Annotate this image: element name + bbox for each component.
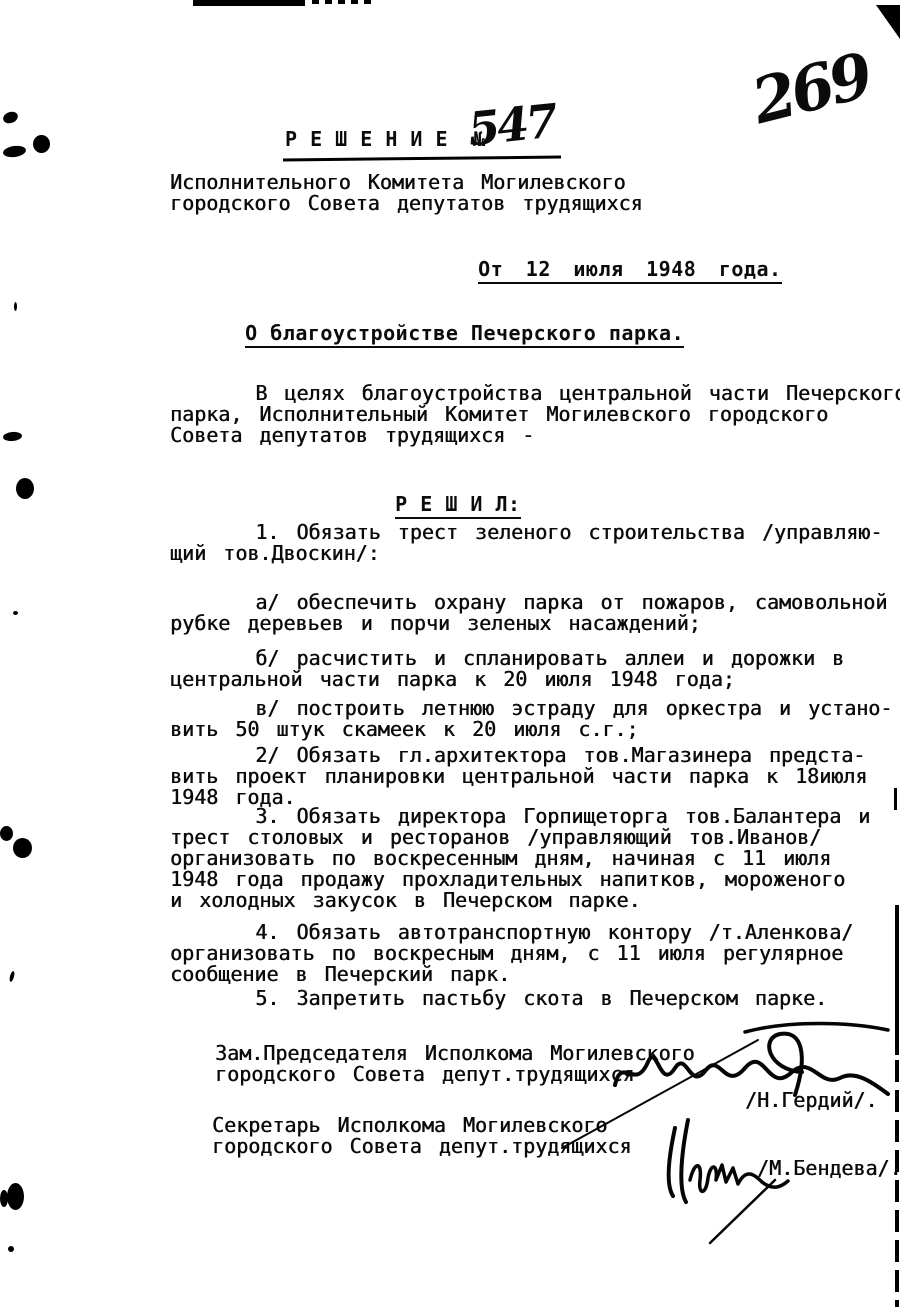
issuer-line-1: Исполнительного Комитета Могилевского	[170, 172, 626, 193]
ink-blot	[33, 135, 50, 153]
ink-blot	[13, 838, 32, 858]
signature-scribbles	[540, 1000, 900, 1250]
resolved-heading-text: Р Е Ш И Л:	[395, 493, 520, 519]
title-underline	[283, 156, 561, 162]
item-3: 3. Обязать директора Горпищеторга тов.Ба…	[170, 806, 870, 911]
signature-2-descender	[710, 1180, 775, 1243]
scan-streak-top-dashes	[312, 0, 376, 4]
archival-number-handwritten: 269	[745, 39, 877, 138]
ink-blot	[7, 1183, 24, 1210]
scan-edge-line	[895, 905, 899, 1055]
date-text: От 12 июля 1948 года.	[478, 258, 781, 284]
ink-blot	[2, 144, 26, 158]
date-line: От 12 июля 1948 года.	[388, 236, 782, 306]
item-1v: в/ построить летнюю эстраду для оркестра…	[170, 698, 892, 740]
ink-blot	[3, 431, 23, 442]
signature-2-tall-strokes	[669, 1120, 688, 1202]
ink-speck	[9, 971, 16, 983]
item-1a: а/ обеспечить охрану парка от пожаров, с…	[170, 592, 887, 634]
subject-text: О благоустройстве Печерского парка.	[245, 322, 684, 348]
item-4: 4. Обязать автотранспортную контору /т.А…	[170, 922, 853, 985]
scan-edge-line	[894, 788, 897, 816]
signature-2-wiggle	[690, 1165, 788, 1191]
scan-streak-top	[193, 0, 305, 6]
signature-1-loop	[769, 1034, 802, 1095]
issuer-line-2: городского Совета депутатов трудящихся	[170, 193, 643, 214]
signature-1-top-sweep	[745, 1024, 888, 1033]
subject-line: О благоустройстве Печерского парка.	[195, 300, 684, 370]
item-1: 1. Обязать трест зеленого строительства …	[170, 522, 882, 564]
item-2: 2/ Обязать гл.архитектора тов.Магазинера…	[170, 745, 867, 808]
ink-speck	[8, 1246, 14, 1252]
ink-speck	[13, 611, 18, 615]
scan-edge-line	[895, 1060, 899, 1307]
preamble-paragraph: В целях благоустройства центральной част…	[170, 383, 900, 446]
ink-blot	[2, 110, 20, 125]
scanned-document-page: 269 Р Е Ш Е Н И Е № 547 Исполнительного …	[0, 0, 900, 1307]
signature-1-scribble	[615, 1057, 888, 1094]
ink-blot	[0, 826, 13, 841]
ink-speck	[14, 302, 17, 311]
corner-fold-mark	[876, 5, 900, 39]
document-title: Р Е Ш Е Н И Е №	[285, 128, 486, 150]
ink-blot	[16, 478, 34, 499]
item-1b: б/ расчистить и спланировать аллеи и дор…	[170, 648, 844, 690]
signature-1-diagonal	[562, 1040, 758, 1148]
title-number-handwritten: 547	[465, 94, 557, 157]
